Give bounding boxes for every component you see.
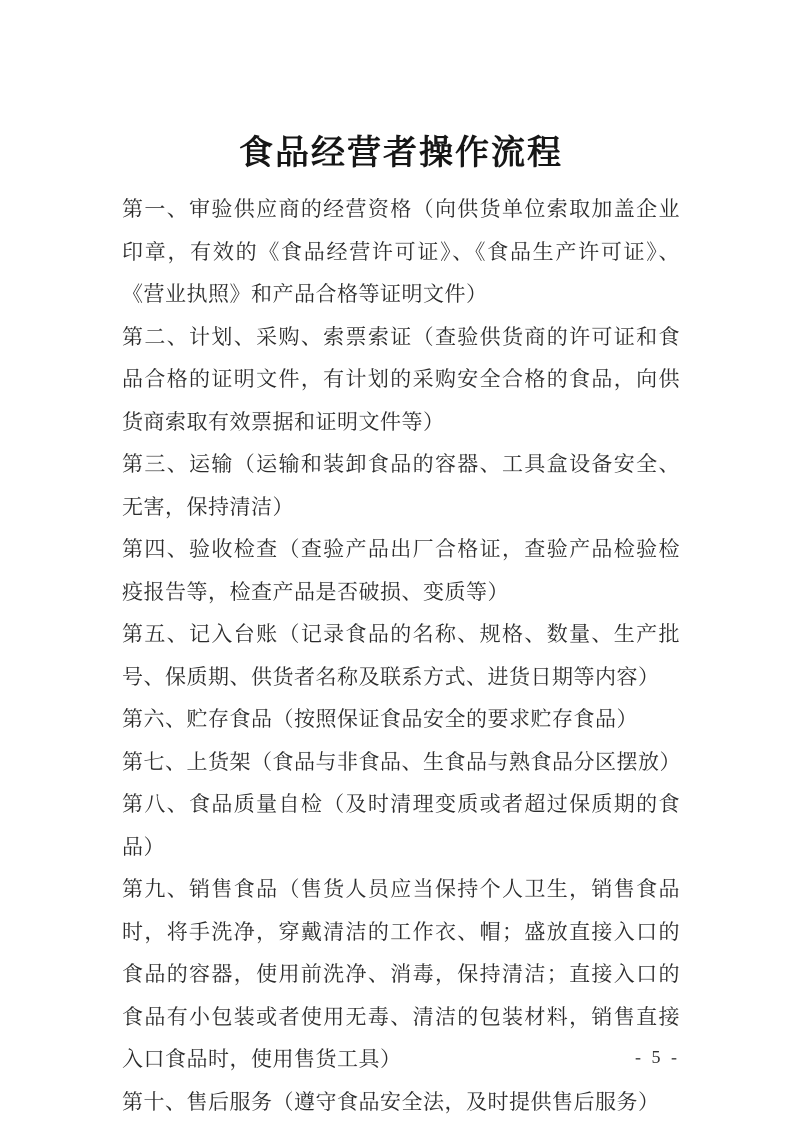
paragraph: 第九、销售食品（售货人员应当保持个人卫生，销售食品时，将手洗净，穿戴清洁的工作衣… — [122, 868, 680, 1081]
paragraph: 第十、售后服务（遵守食品安全法，及时提供售后服务） — [122, 1081, 680, 1124]
paragraph: 第八、食品质量自检（及时清理变质或者超过保质期的食品） — [122, 783, 680, 868]
paragraph: 第五、记入台账（记录食品的名称、规格、数量、生产批号、保质期、供货者名称及联系方… — [122, 613, 680, 698]
paragraph: 第二、计划、采购、索票索证（查验供货商的许可证和食品合格的证明文件，有计划的采购… — [122, 316, 680, 444]
document-page: 食品经营者操作流程 第一、审验供应商的经营资格（向供货单位索取加盖企业印章，有效… — [0, 0, 800, 1131]
paragraph: 第七、上货架（食品与非食品、生食品与熟食品分区摆放） — [122, 741, 680, 784]
paragraphs: 第一、审验供应商的经营资格（向供货单位索取加盖企业印章，有效的《食品经营许可证》… — [122, 188, 680, 1123]
paragraph: 第三、运输（运输和装卸食品的容器、工具盒设备安全、无害，保持清洁） — [122, 443, 680, 528]
document-title: 食品经营者操作流程 — [122, 130, 680, 178]
document-content: 食品经营者操作流程 第一、审验供应商的经营资格（向供货单位索取加盖企业印章，有效… — [122, 130, 680, 1123]
paragraph: 第四、验收检查（查验产品出厂合格证，查验产品检验检疫报告等，检查产品是否破损、变… — [122, 528, 680, 613]
paragraph: 第一、审验供应商的经营资格（向供货单位索取加盖企业印章，有效的《食品经营许可证》… — [122, 188, 680, 316]
paragraph: 第六、贮存食品（按照保证食品安全的要求贮存食品） — [122, 698, 680, 741]
page-number: - 5 - — [635, 1047, 680, 1068]
